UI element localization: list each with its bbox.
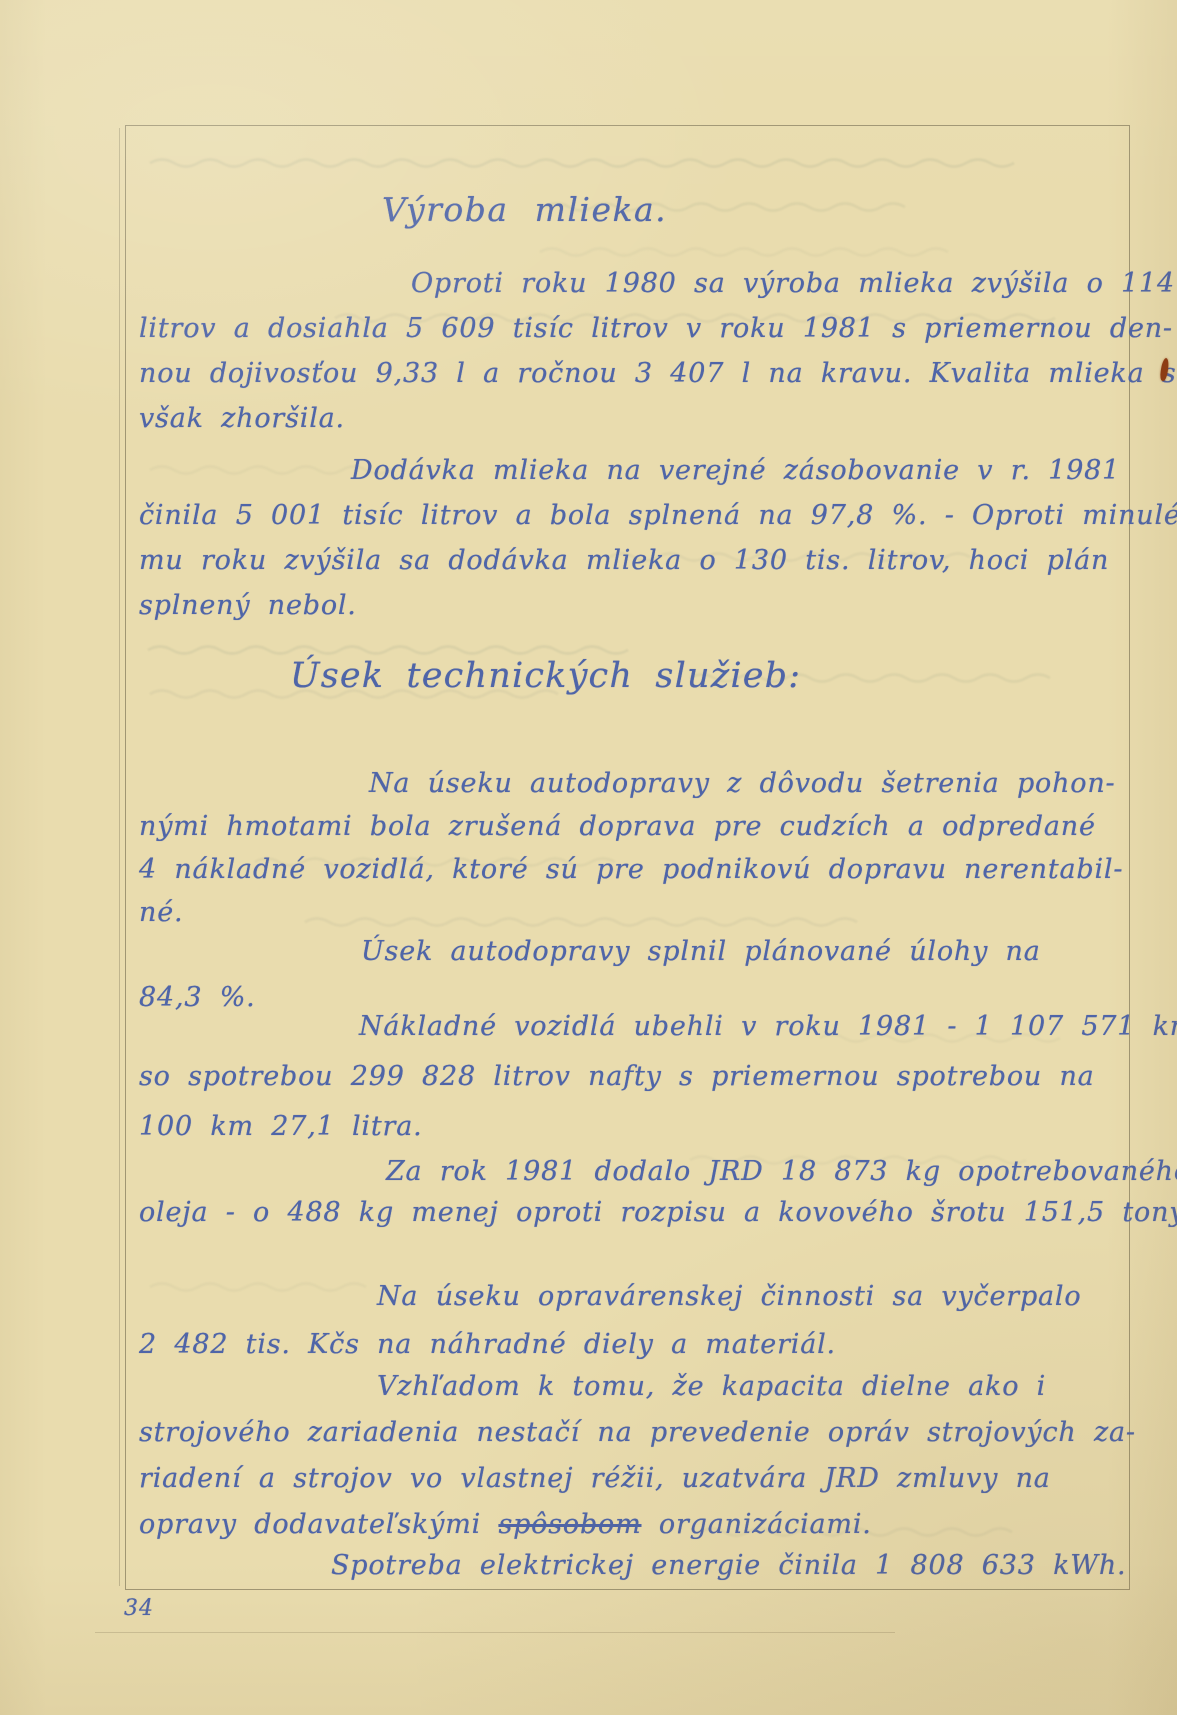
handwritten-line: litrov a dosiahla 5 609 tisíc litrov v r… xyxy=(139,313,1173,344)
handwritten-line: činila 5 001 tisíc litrov a bola splnená… xyxy=(139,500,1177,531)
handwritten-line: strojového zariadenia nestačí na prevede… xyxy=(139,1417,1136,1448)
handwritten-line: Vzhľadom k tomu, že kapacita dielne ako … xyxy=(377,1371,1046,1402)
handwritten-line: oleja - o 488 kg menej oproti rozpisu a … xyxy=(139,1197,1177,1228)
handwritten-line: nými hmotami bola zrušená doprava pre cu… xyxy=(139,811,1096,842)
handwritten-line: riadení a strojov vo vlastnej réžii, uza… xyxy=(139,1463,1051,1494)
handwritten-line: Oproti roku 1980 sa výroba mlieka zvýšil… xyxy=(411,268,1177,299)
page-edge-line xyxy=(119,128,120,1586)
handwritten-line: né. xyxy=(139,897,183,928)
handwritten-line: nou dojivosťou 9,33 l a ročnou 3 407 l n… xyxy=(139,358,1177,389)
handwritten-line: Úsek autodopravy splnil plánované úlohy … xyxy=(361,936,1041,967)
handwritten-line: splnený nebol. xyxy=(139,590,357,621)
text-segment: opravy dodavateľskými xyxy=(139,1509,498,1540)
document-title: Výroba mlieka. xyxy=(382,190,667,229)
handwritten-line: Za rok 1981 dodalo JRD 18 873 kg opotreb… xyxy=(386,1156,1177,1187)
handwritten-line: mu roku zvýšila sa dodávka mlieka o 130 … xyxy=(139,545,1109,576)
handwritten-line: 100 km 27,1 litra. xyxy=(139,1111,422,1142)
struck-word: spôsobom xyxy=(498,1509,641,1540)
page-number: 34 xyxy=(124,1596,154,1621)
handwritten-line: Nákladné vozidlá ubehli v roku 1981 - 1 … xyxy=(359,1011,1177,1042)
handwritten-line: Na úseku opravárenskej činnosti sa vyčer… xyxy=(377,1281,1081,1312)
handwritten-line: Spotreba elektrickej energie činila 1 80… xyxy=(331,1550,1126,1581)
handwritten-line: 84,3 %. xyxy=(139,982,256,1013)
scanned-document-page: Výroba mlieka.Oproti roku 1980 sa výroba… xyxy=(0,0,1177,1715)
handwritten-line: Na úseku autodopravy z dôvodu šetrenia p… xyxy=(369,768,1115,799)
section-heading: Úsek technických služieb: xyxy=(290,656,801,696)
handwritten-line: však zhoršila. xyxy=(139,403,345,434)
paper-crease-line xyxy=(95,1632,895,1633)
handwritten-line: opravy dodavateľskými spôsobom organizác… xyxy=(139,1509,872,1540)
handwritten-line: 2 482 tis. Kčs na náhradné diely a mater… xyxy=(139,1329,836,1360)
handwritten-line: Dodávka mlieka na verejné zásobovanie v … xyxy=(351,455,1120,486)
handwritten-line: so spotrebou 299 828 litrov nafty s prie… xyxy=(139,1061,1095,1092)
handwritten-line: 4 nákladné vozidlá, ktoré sú pre podniko… xyxy=(139,854,1123,885)
text-segment: organizáciami. xyxy=(642,1509,872,1540)
